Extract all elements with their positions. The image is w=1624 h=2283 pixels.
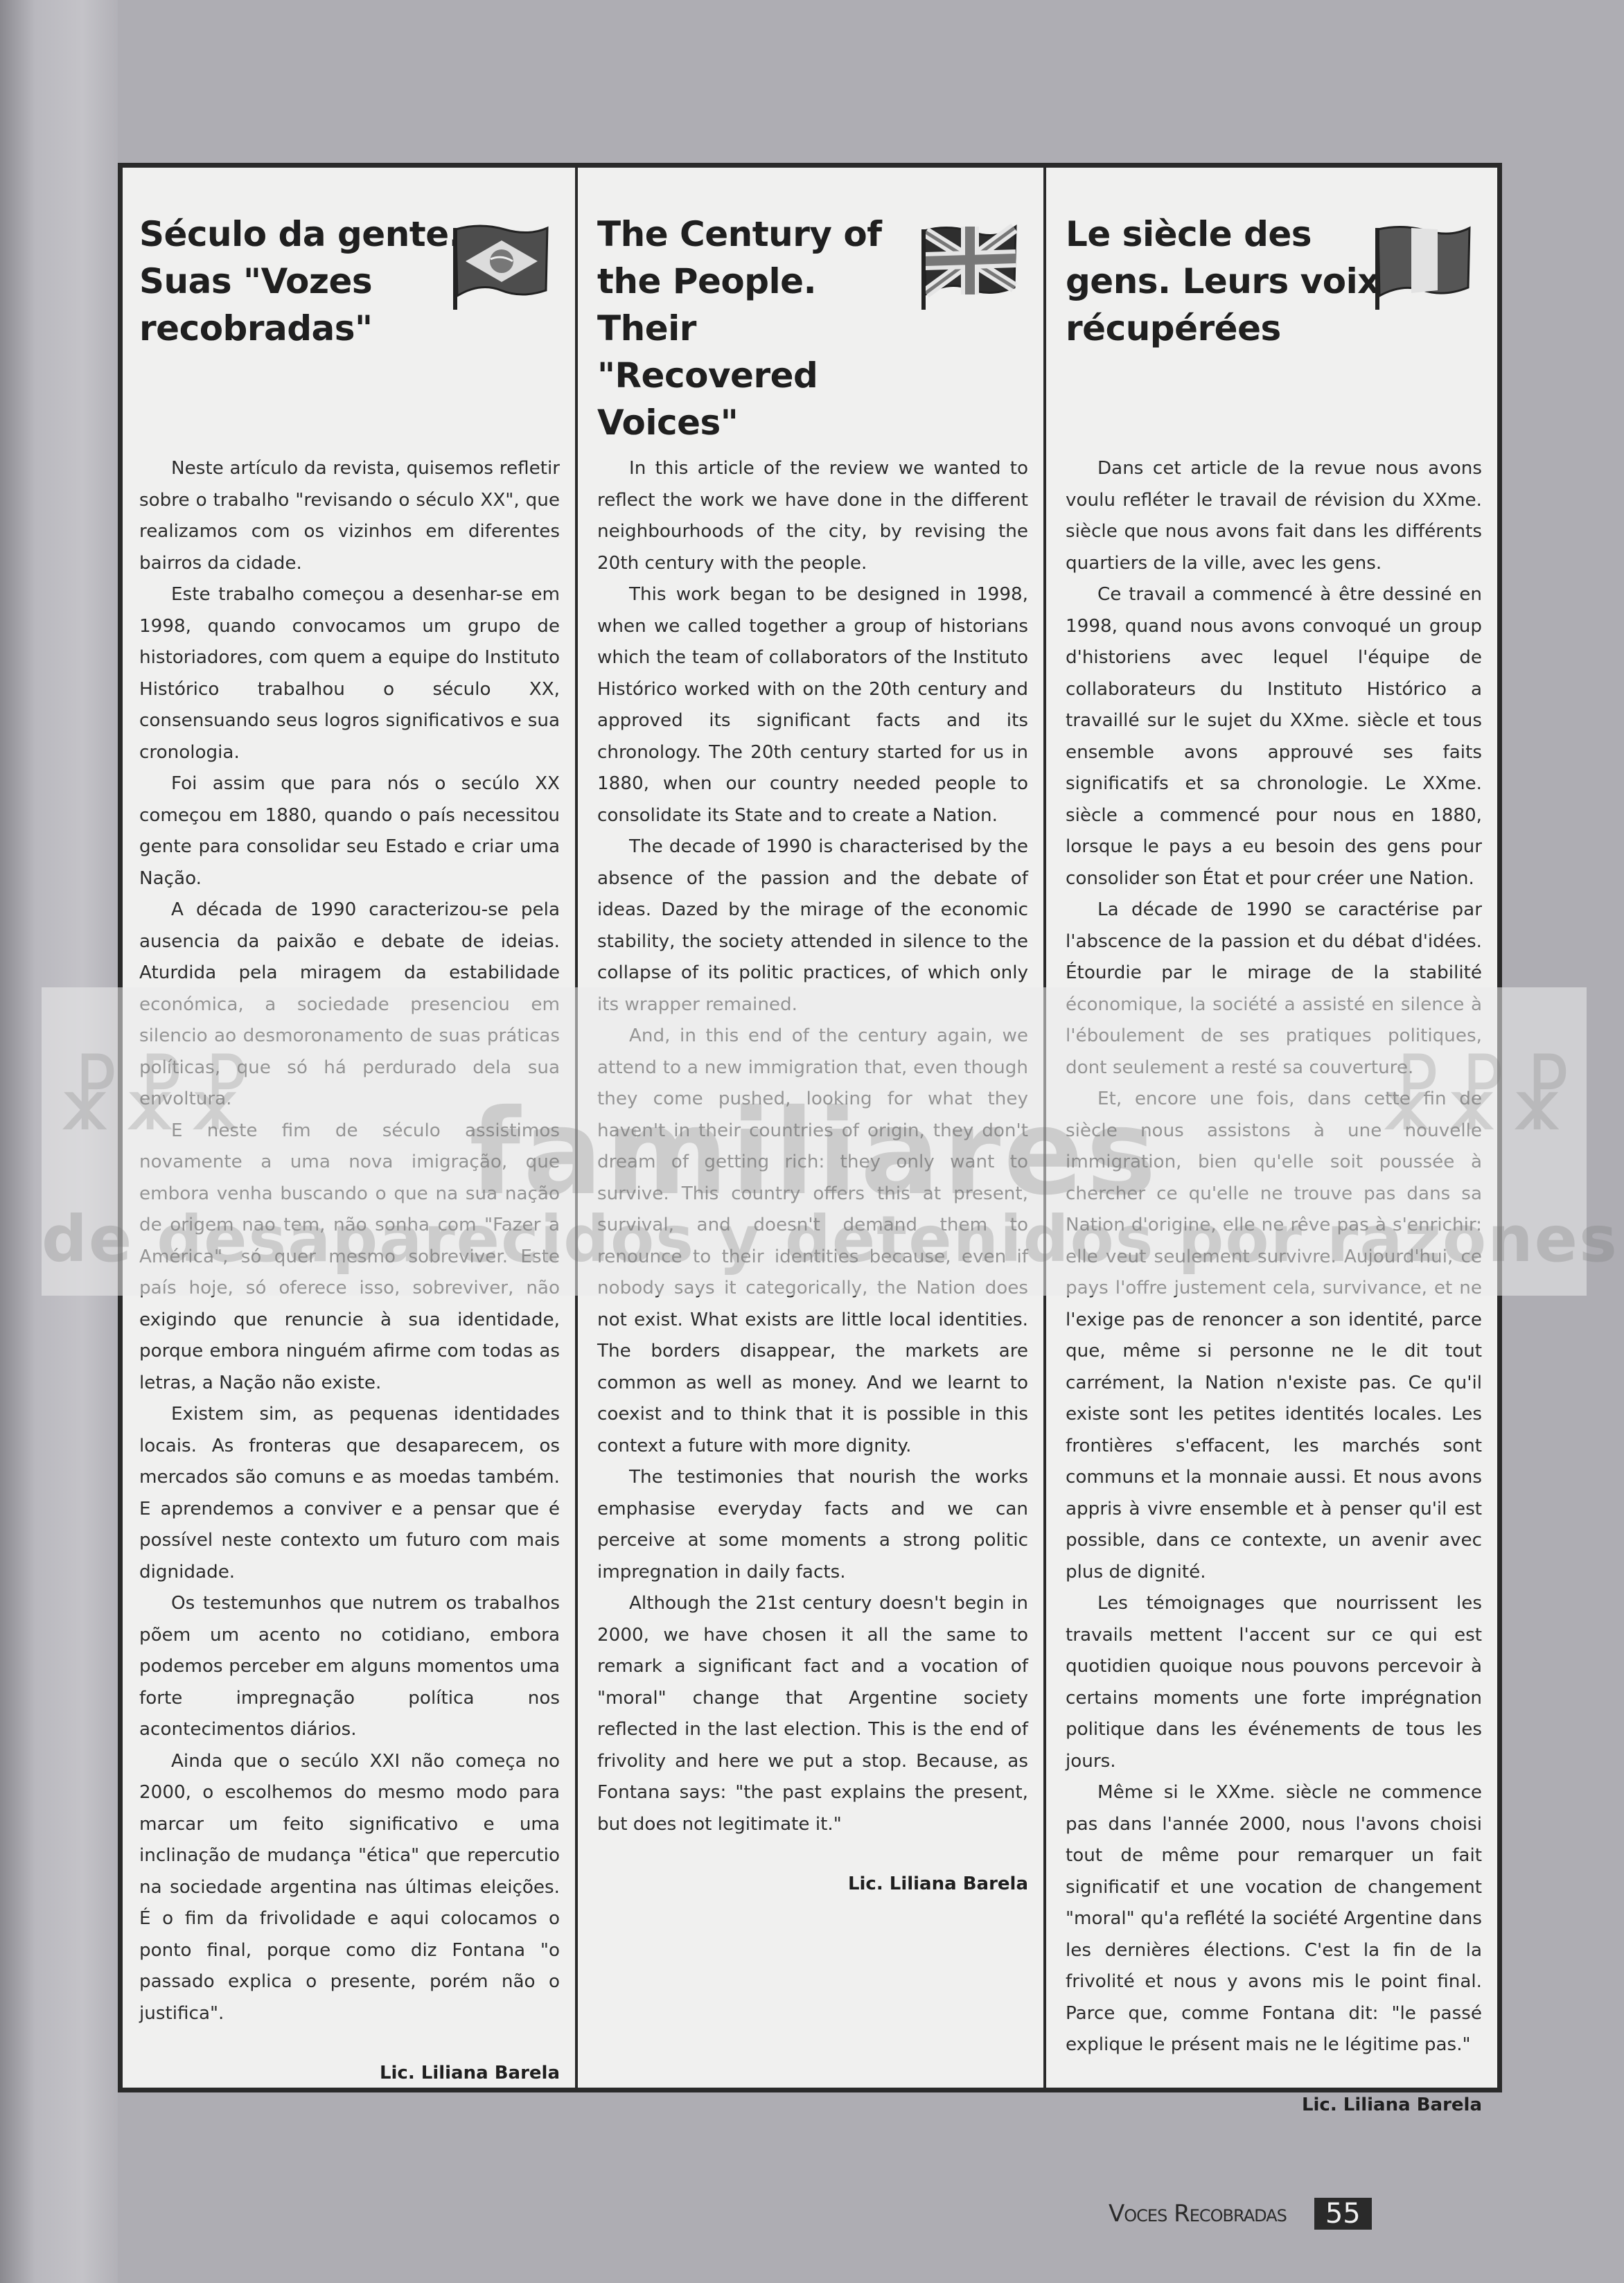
paragraph: Et, encore une fois, dans cette fin de s…: [1066, 1084, 1482, 1588]
france-flag-icon: [1371, 221, 1475, 311]
column-french: Le siècle des gens. Leurs voix récupérée…: [1043, 168, 1497, 2088]
article-frame: Século da gente. Suas "Vozes recobradas"…: [118, 163, 1502, 2092]
magazine-spine-shadow: [0, 0, 118, 2283]
article-title-portuguese: Século da gente. Suas "Vozes recobradas": [139, 211, 465, 352]
column-header: Le siècle des gens. Leurs voix récupérée…: [1066, 211, 1482, 439]
paragraph: Ce travail a commencé à être dessiné en …: [1066, 579, 1482, 894]
brazil-flag-icon: [449, 221, 553, 311]
paragraph: Existem sim, as pequenas identidades loc…: [139, 1399, 560, 1588]
page-number: 55: [1314, 2198, 1372, 2230]
paragraph: Neste artículo da revista, quisemos refl…: [139, 453, 560, 579]
column-english: The Century of the People. Their "Recove…: [575, 168, 1043, 2088]
paragraph: Este trabalho começou a desenhar-se em 1…: [139, 579, 560, 768]
union-jack-flag-icon: [917, 221, 1021, 311]
paragraph: Les témoignages que nourrissent les trav…: [1066, 1588, 1482, 1777]
column-portuguese: Século da gente. Suas "Vozes recobradas"…: [123, 168, 575, 2088]
column-header: Século da gente. Suas "Vozes recobradas": [139, 211, 560, 439]
author-signature: Lic. Liliana Barela: [1066, 2095, 1482, 2115]
author-signature: Lic. Liliana Barela: [139, 2063, 560, 2083]
article-body-portuguese: Neste artículo da revista, quisemos refl…: [139, 453, 560, 2029]
author-signature: Lic. Liliana Barela: [597, 1874, 1028, 1894]
paragraph: And, in this end of the century again, w…: [597, 1021, 1028, 1462]
paragraph: La décade de 1990 se caractérise par l'a…: [1066, 894, 1482, 1084]
paragraph: Ainda que o secúlo XXI não começa no 200…: [139, 1746, 560, 2030]
paragraph: Although the 21st century doesn't begin …: [597, 1588, 1028, 1840]
article-title-french: Le siècle des gens. Leurs voix récupérée…: [1066, 211, 1391, 352]
paragraph: In this article of the review we wanted …: [597, 453, 1028, 579]
magazine-title: Voces Recobradas: [1109, 2200, 1287, 2228]
page-footer: Voces Recobradas 55: [1109, 2196, 1372, 2231]
paragraph: This work began to be designed in 1998, …: [597, 579, 1028, 831]
paragraph: Os testemunhos que nutrem os trabalhos p…: [139, 1588, 560, 1746]
column-header: The Century of the People. Their "Recove…: [597, 211, 1028, 439]
paragraph: Dans cet article de la revue nous avons …: [1066, 453, 1482, 579]
article-title-english: The Century of the People. Their "Recove…: [597, 211, 923, 446]
article-body-english: In this article of the review we wanted …: [597, 453, 1028, 1840]
paragraph: Foi assim que para nós o secúlo XX começ…: [139, 768, 560, 894]
paragraph: Même si le XXme. siècle ne commence pas …: [1066, 1777, 1482, 2061]
paragraph: The decade of 1990 is characterised by t…: [597, 831, 1028, 1021]
paragraph: A década de 1990 caracterizou-se pela au…: [139, 894, 560, 1116]
paragraph: The testimonies that nourish the works e…: [597, 1462, 1028, 1588]
article-body-french: Dans cet article de la revue nous avons …: [1066, 453, 1482, 2061]
paragraph: E neste fim de século assistimos novamen…: [139, 1116, 560, 1400]
